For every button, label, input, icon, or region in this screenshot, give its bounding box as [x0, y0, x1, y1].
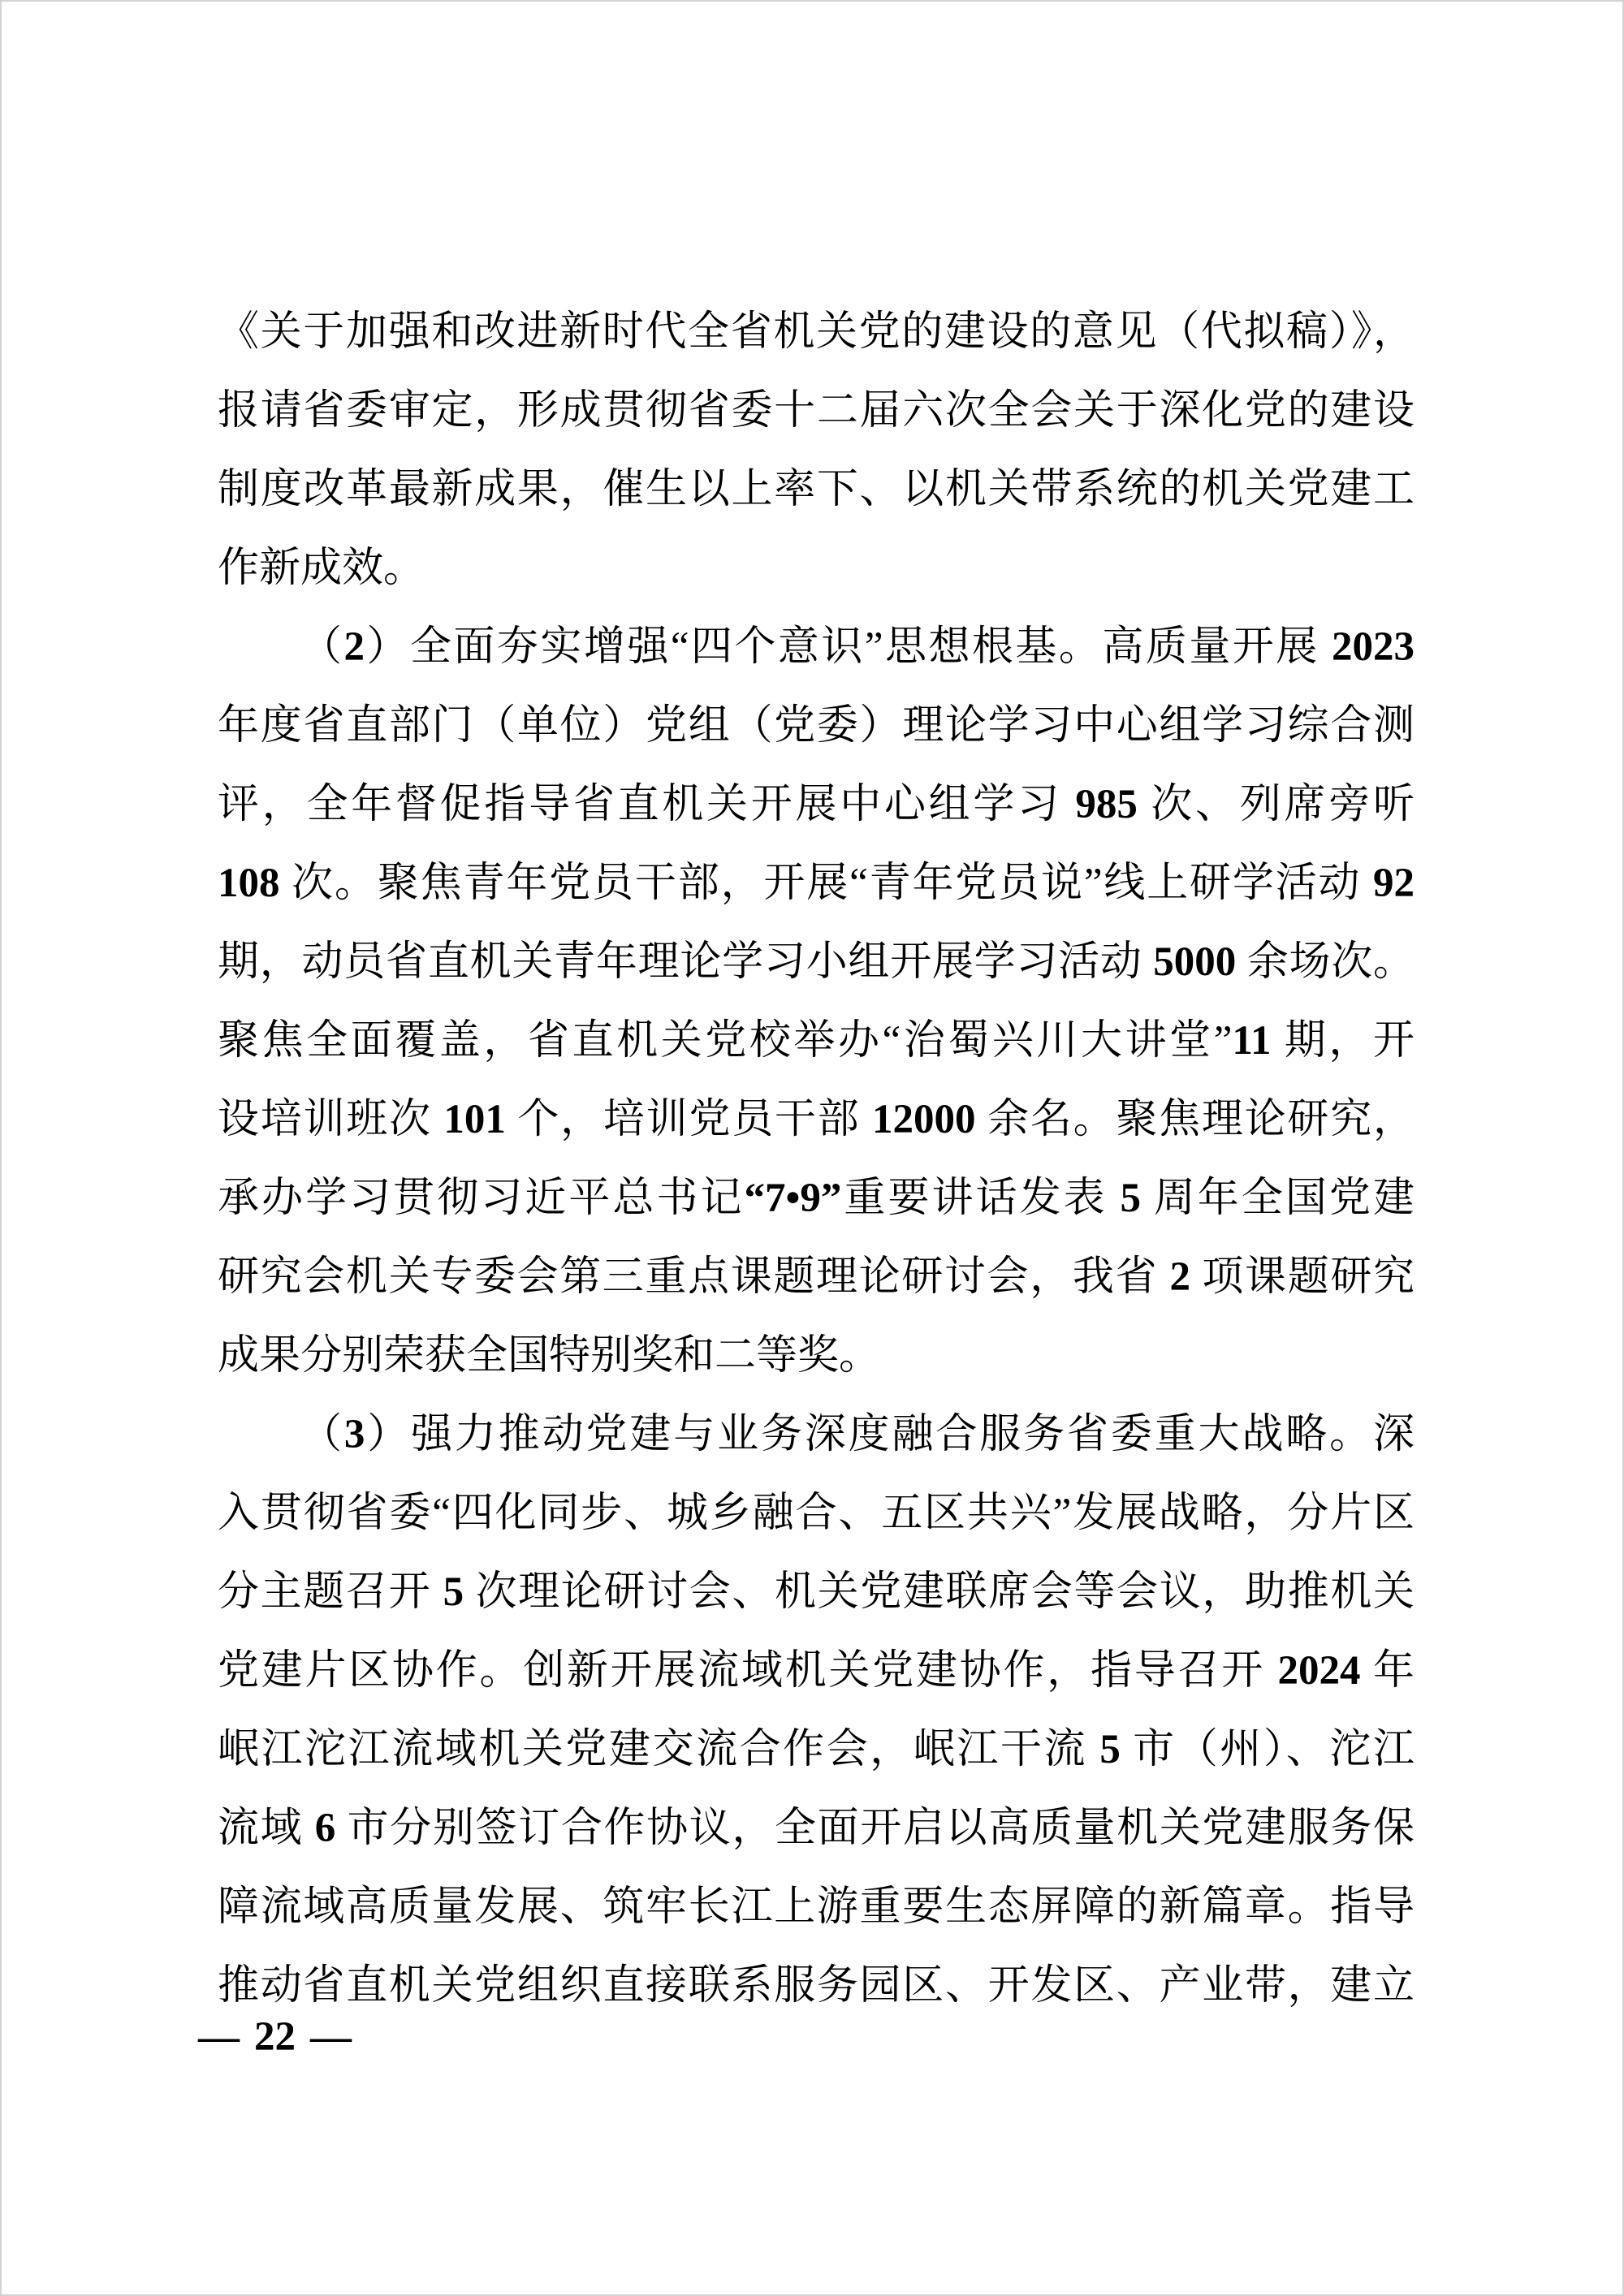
text-segment: ）全面夯实增强“四个意识”思想根基。高质量开展: [365, 624, 1332, 670]
bold-number: 2: [343, 624, 365, 670]
bold-number: 12000: [872, 1097, 976, 1142]
text-line: 聚焦全面覆盖，省直机关党校举办“治蜀兴川大讲堂”11 期，开: [218, 1002, 1415, 1081]
bold-number: 5000: [1153, 939, 1236, 985]
text-segment: 制度改革最新成果，催生以上率下、以机关带系统的机关党建工: [218, 467, 1415, 512]
bold-number: 6: [315, 1806, 336, 1851]
bold-number: 92: [1373, 861, 1415, 906]
text-line: （3）强力推动党建与业务深度融合服务省委重大战略。深: [218, 1396, 1415, 1474]
text-segment: 市分别签订合作协议，全面开启以高质量机关党建服务保: [335, 1806, 1415, 1851]
text-segment: 次理论研讨会、机关党建联席会等会议，助推机关: [464, 1569, 1415, 1615]
text-segment: 余场次。: [1236, 939, 1415, 985]
text-line: 设培训班次 101 个，培训党员干部 12000 余名。聚焦理论研究，: [218, 1081, 1415, 1159]
text-segment: 聚焦全面覆盖，省直机关党校举办“治蜀兴川大讲堂”: [218, 1018, 1232, 1064]
bold-number: 5: [1099, 1727, 1121, 1772]
bold-number: 2023: [1332, 624, 1415, 670]
bold-number: 3: [344, 1412, 365, 1457]
bold-number: 101: [443, 1097, 506, 1142]
text-line: 入贯彻省委“四化同步、城乡融合、五区共兴”发展战略，分片区: [218, 1474, 1415, 1553]
text-segment: 党建片区协作。创新开展流域机关党建协作，指导召开: [218, 1648, 1277, 1694]
text-segment: 项课题研究: [1190, 1254, 1415, 1300]
bold-number: 2024: [1277, 1648, 1360, 1694]
text-segment: （: [300, 1412, 344, 1457]
text-segment: 年: [1360, 1648, 1415, 1694]
text-segment: 个，培训党员干部: [506, 1097, 872, 1142]
text-line: 承办学习贯彻习近平总书记“7•9”重要讲话发表 5 周年全国党建: [218, 1159, 1415, 1238]
text-line: 评，全年督促指导省直机关开展中心组学习 985 次、列席旁听: [218, 766, 1415, 844]
text-segment: 成果分别荣获全国特别奖和二等奖。: [218, 1333, 880, 1379]
text-line: 作新成效。: [218, 529, 1415, 608]
text-block: 《关于加强和改进新时代全省机关党的建设的意见（代拟稿）》，报请省委审定，形成贯彻…: [218, 293, 1415, 2026]
bold-number: “7•9”: [745, 1176, 842, 1221]
text-line: 流域 6 市分别签订合作协议，全面开启以高质量机关党建服务保: [218, 1789, 1415, 1868]
text-segment: 余名。聚焦理论研究，: [976, 1097, 1415, 1142]
text-segment: 期，开: [1272, 1018, 1415, 1064]
text-segment: 研究会机关专委会第三重点课题理论研讨会，我省: [218, 1254, 1170, 1300]
text-segment: 重要讲话发表: [841, 1176, 1120, 1221]
text-line: 报请省委审定，形成贯彻省委十二届六次全会关于深化党的建设: [218, 372, 1415, 451]
text-segment: 周年全国党建: [1141, 1176, 1415, 1221]
text-segment: 期，动员省直机关青年理论学习小组开展学习活动: [218, 939, 1153, 985]
text-line: 期，动员省直机关青年理论学习小组开展学习活动 5000 余场次。: [218, 923, 1415, 1002]
text-segment: 次。聚焦青年党员干部，开展“青年党员说”线上研学活动: [280, 861, 1374, 906]
text-segment: 推动省直机关党组织直接联系服务园区、开发区、产业带，建立: [218, 1963, 1415, 2009]
text-segment: 障流域高质量发展、筑牢长江上游重要生态屏障的新篇章。指导: [218, 1884, 1415, 1930]
text-segment: 年度省直部门（单位）党组（党委）理论学习中心组学习综合测: [218, 703, 1415, 749]
text-segment: 次、列席旁听: [1138, 782, 1415, 827]
page-number-right-dash: —: [310, 2014, 352, 2060]
text-segment: 《关于加强和改进新时代全省机关党的建设的意见（代拟稿）》，: [218, 309, 1415, 355]
bold-number: 108: [218, 861, 280, 906]
text-segment: 流域: [218, 1806, 315, 1851]
text-segment: 岷江沱江流域机关党建交流合作会，岷江干流: [218, 1727, 1099, 1772]
bold-number: 11: [1232, 1018, 1271, 1064]
text-segment: 承办学习贯彻习近平总书记: [218, 1176, 745, 1221]
text-line: 党建片区协作。创新开展流域机关党建协作，指导召开 2024 年: [218, 1632, 1415, 1711]
bold-number: 5: [1120, 1176, 1141, 1221]
bold-number: 2: [1170, 1254, 1191, 1300]
text-segment: 市（州）、沱江: [1121, 1727, 1415, 1772]
page-number-left-dash: —: [198, 2014, 240, 2060]
text-line: 《关于加强和改进新时代全省机关党的建设的意见（代拟稿）》，: [218, 293, 1415, 372]
text-line: 年度省直部门（单位）党组（党委）理论学习中心组学习综合测: [218, 687, 1415, 766]
text-line: 岷江沱江流域机关党建交流合作会，岷江干流 5 市（州）、沱江: [218, 1711, 1415, 1789]
text-segment: （: [300, 624, 343, 670]
text-line: 108 次。聚焦青年党员干部，开展“青年党员说”线上研学活动 92: [218, 844, 1415, 923]
text-segment: 评，全年督促指导省直机关开展中心组学习: [218, 782, 1075, 827]
text-segment: 作新成效。: [218, 546, 425, 591]
page-number-value: 22: [254, 2014, 296, 2060]
text-line: 分主题召开 5 次理论研讨会、机关党建联席会等会议，助推机关: [218, 1553, 1415, 1632]
text-line: （2）全面夯实增强“四个意识”思想根基。高质量开展 2023: [218, 608, 1415, 687]
bold-number: 985: [1075, 782, 1138, 827]
text-line: 制度改革最新成果，催生以上率下、以机关带系统的机关党建工: [218, 451, 1415, 529]
text-segment: ）强力推动党建与业务深度融合服务省委重大战略。深: [365, 1412, 1415, 1457]
document-page: 《关于加强和改进新时代全省机关党的建设的意见（代拟稿）》，报请省委审定，形成贯彻…: [0, 0, 1624, 2296]
page-number: —22—: [198, 1998, 352, 2077]
text-segment: 入贯彻省委“四化同步、城乡融合、五区共兴”发展战略，分片区: [218, 1491, 1415, 1536]
bold-number: 5: [443, 1569, 464, 1615]
text-segment: 分主题召开: [218, 1569, 443, 1615]
text-line: 成果分别荣获全国特别奖和二等奖。: [218, 1317, 1415, 1396]
text-line: 推动省直机关党组织直接联系服务园区、开发区、产业带，建立: [218, 1947, 1415, 2026]
text-line: 障流域高质量发展、筑牢长江上游重要生态屏障的新篇章。指导: [218, 1868, 1415, 1947]
text-segment: 报请省委审定，形成贯彻省委十二届六次全会关于深化党的建设: [218, 388, 1415, 434]
text-segment: 设培训班次: [218, 1097, 443, 1142]
text-line: 研究会机关专委会第三重点课题理论研讨会，我省 2 项课题研究: [218, 1238, 1415, 1317]
